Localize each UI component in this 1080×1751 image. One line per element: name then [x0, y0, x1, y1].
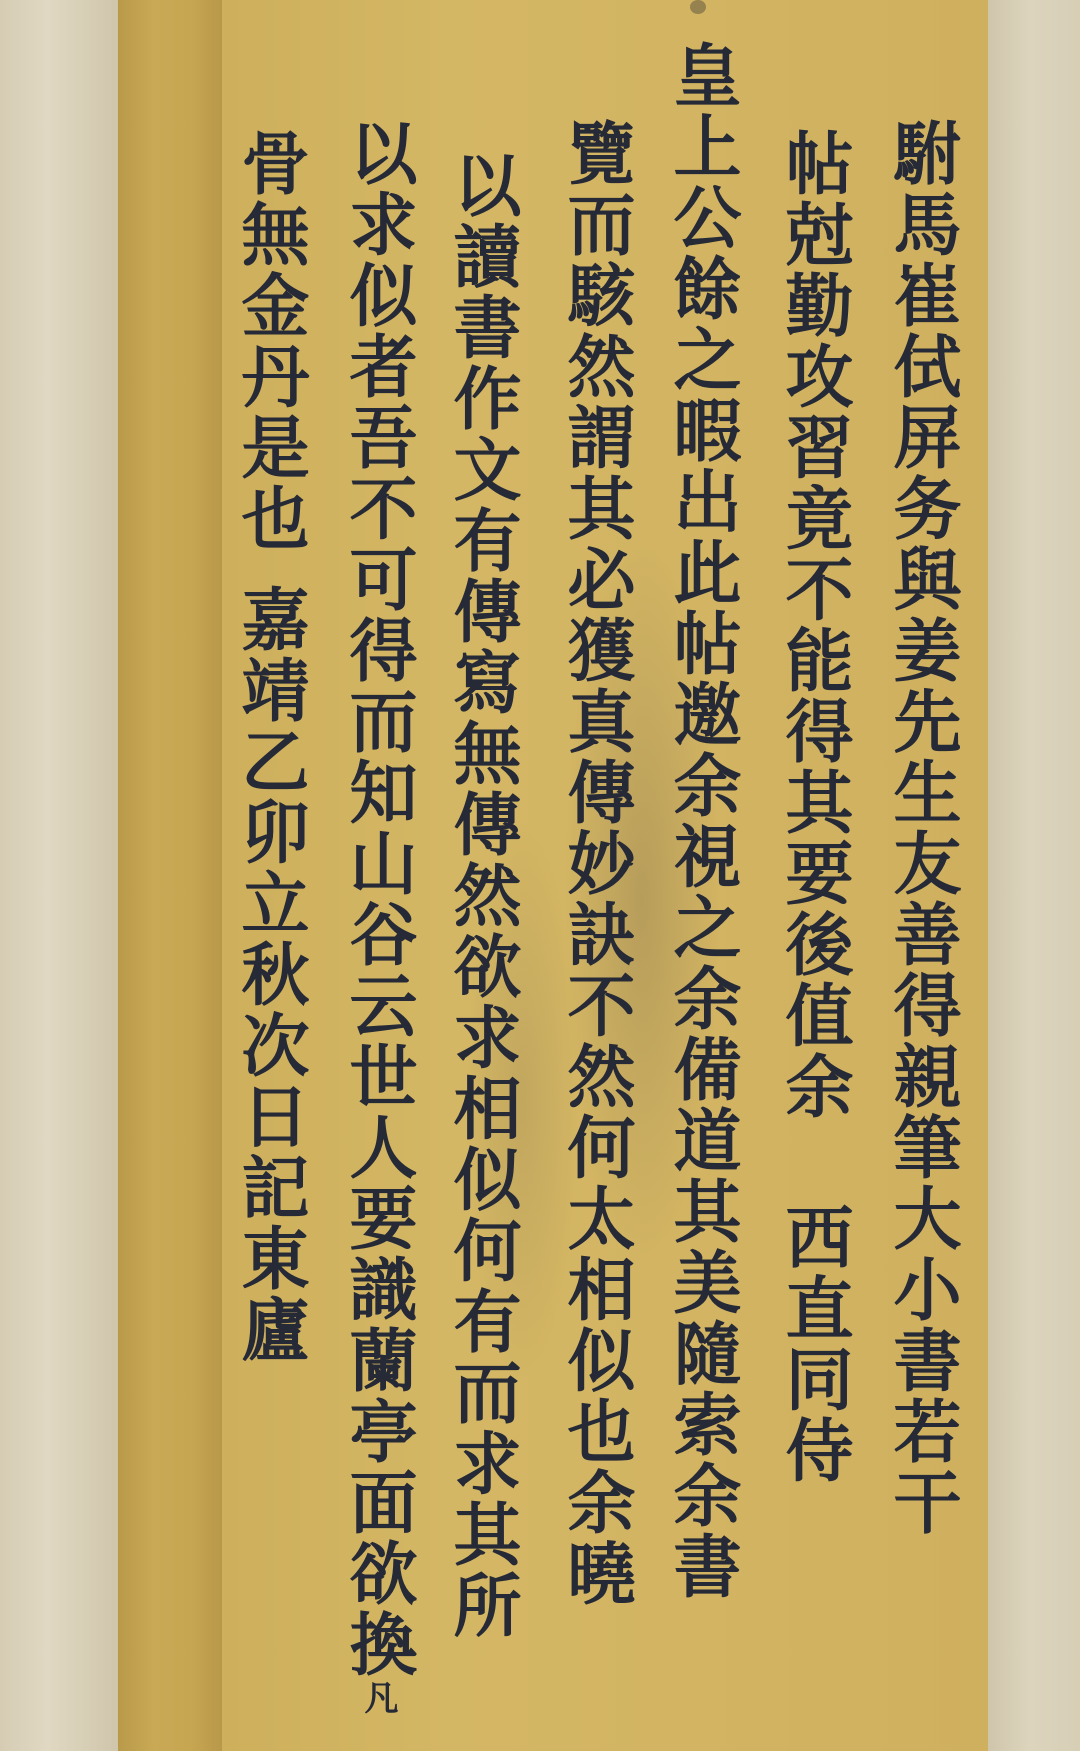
- calligraphy-column-5: 以讀書作文有傳寫無傳然欲求相似何有而求其所: [448, 150, 516, 1641]
- calligraphy-column-7: 骨無金丹是也嘉靖乙卯立秋次日記東廬: [236, 128, 304, 1365]
- inscription-date-signature: 嘉靖乙卯立秋次日記東廬: [230, 584, 310, 1365]
- column-text: 帖尅勤攻習竟不能得其要後值余: [774, 128, 854, 1122]
- scroll-mounting-left: [0, 0, 118, 1751]
- column-text-after-gap: 西直同侍: [774, 1202, 854, 1486]
- column-text: 骨無金丹是也: [230, 128, 310, 554]
- calligraphy-column-6: 以求似者吾不可得而知山谷云世人要識蘭亭面欲換凡: [344, 118, 412, 1717]
- paper-stain: [690, 0, 706, 14]
- column-text: 駙馬崔侙屏务與姜先生友善得親筆大小書若干: [882, 118, 962, 1538]
- column-text: 以讀書作文有傳寫無傳然欲求相似何有而求其所: [442, 150, 522, 1641]
- column-text: 皇上公餘之暇出此帖邀余視之余備道其美隨索余書: [662, 40, 742, 1602]
- scroll-mounting-right: [988, 0, 1080, 1751]
- column-text: 覽而駭然謂其必獲真傳妙訣不然何太相似也余曉: [556, 118, 636, 1609]
- scroll-border-strip: [118, 0, 222, 1751]
- calligraphy-column-2: 帖尅勤攻習竟不能得其要後值余西直同侍: [780, 128, 848, 1486]
- calligraphy-column-4: 覽而駭然謂其必獲真傳妙訣不然何太相似也余曉: [562, 118, 630, 1609]
- column-small-char: 凡: [358, 1680, 398, 1717]
- calligraphy-column-3: 皇上公餘之暇出此帖邀余視之余備道其美隨索余書: [668, 40, 736, 1602]
- column-text: 以求似者吾不可得而知山谷云世人要識蘭亭面欲換: [338, 118, 418, 1680]
- calligraphy-column-1: 駙馬崔侙屏务與姜先生友善得親筆大小書若干: [888, 118, 956, 1538]
